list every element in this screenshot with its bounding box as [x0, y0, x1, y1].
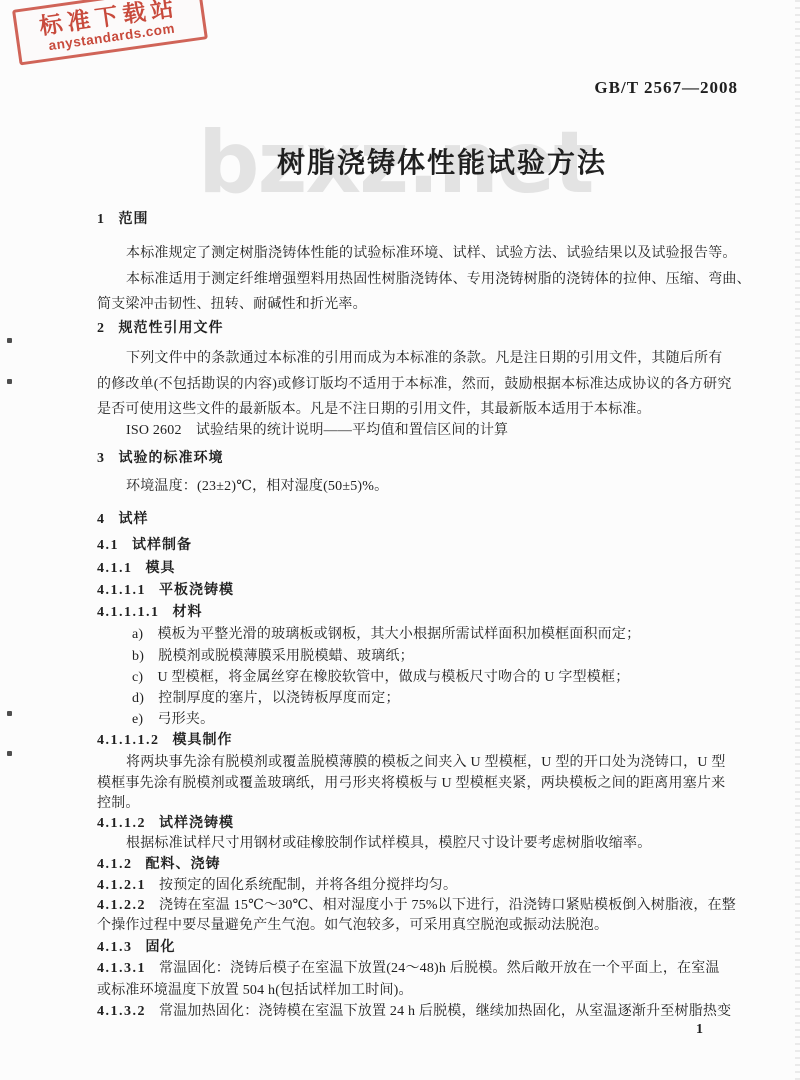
clause-4.1.2: 4.1.2配料、浇铸 — [97, 855, 221, 874]
text-line: 模框事先涂有脱模剂或覆盖玻璃纸，用弓形夹将模板与 U 型模框夹紧，两块模板之间的… — [97, 774, 725, 793]
text-line: 的修改单(不包括勘误的内容)或修订版均不适用于本标准，然而，鼓励根据本标准达成协… — [97, 375, 732, 394]
clause-4.1.3.1: 4.1.3.1常温固化：浇铸后模子在室温下放置(24～48)h 后脱模。然后敞开… — [97, 959, 720, 978]
clause-4.1.3: 4.1.3固化 — [97, 938, 176, 957]
text-line: 个操作过程中要尽量避免产生气泡。如气泡较多，可采用真空脱泡或振动法脱泡。 — [97, 916, 608, 935]
text-line: 将两块事先涂有脱模剂或覆盖脱模薄膜的模板之间夹入 U 型模框，U 型的开口处为浇… — [97, 753, 726, 772]
text-line: 是否可使用这些文件的最新版本。凡是不注日期的引用文件，其最新版本适用于本标准。 — [97, 400, 651, 419]
text-line: 或标准环境温度下放置 504 h(包括试样加工时间)。 — [97, 981, 413, 1000]
clause-4.1.3.2: 4.1.3.2常温加热固化：浇铸模在室温下放置 24 h 后脱模，继续加热固化，… — [97, 1002, 731, 1021]
site-stamp: 标准下载站 anystandards.com — [12, 0, 208, 65]
clause-4.1.2.2: 4.1.2.2浇铸在室温 15℃～30℃、相对湿度小于 75%以下进行，沿浇铸口… — [97, 896, 736, 915]
text-line: 本标准适用于测定纤维增强塑料用热固性树脂浇铸体、专用浇铸树脂的浇铸体的拉伸、压缩… — [97, 270, 751, 289]
scan-speck — [7, 338, 12, 343]
text-line: 控制。 — [97, 794, 140, 813]
text-line: 简支梁冲击韧性、扭转、耐碱性和折光率。 — [97, 295, 367, 314]
text-line: d) 控制厚度的塞片，以浇铸板厚度而定； — [97, 689, 400, 708]
scan-speck — [7, 751, 12, 756]
text-line: a) 模板为平整光滑的玻璃板或钢板，其大小根据所需试样面积加模框面积而定； — [97, 625, 640, 644]
standard-code: GB/T 2567—2008 — [594, 78, 738, 98]
clause-4.1.2.1: 4.1.2.1按预定的固化系统配制，并将各组分搅拌均匀。 — [97, 876, 457, 895]
clause-4.1.1.1.2: 4.1.1.1.2模具制作 — [97, 731, 233, 750]
document-title: 树脂浇铸体性能试验方法 — [0, 141, 800, 181]
clause-3: 3试验的标准环境 — [97, 449, 224, 468]
scan-speck — [7, 711, 12, 716]
clause-1: 1范围 — [97, 210, 149, 229]
text-line: b) 脱模剂或脱模薄膜采用脱模蜡、玻璃纸； — [97, 647, 414, 666]
text-line: 根据标准试样尺寸用钢材或硅橡胶制作试样模具，模腔尺寸设计要考虑树脂收缩率。 — [97, 834, 651, 853]
text-line: 环境温度：(23±2)℃，相对湿度(50±5)%。 — [97, 477, 388, 496]
clause-4.1.1.2: 4.1.1.2试样浇铸模 — [97, 814, 234, 833]
text-line: c) U 型模框，将金属丝穿在橡胶软管中，做成与模板尺寸吻合的 U 字型模框； — [97, 668, 629, 687]
clause-4: 4试样 — [97, 510, 149, 529]
clause-4.1.1.1.1: 4.1.1.1.1材料 — [97, 603, 203, 622]
text-line: 本标准规定了测定树脂浇铸体性能的试验标准环境、试样、试验方法、试验结果以及试验报… — [97, 244, 737, 263]
text-line: 下列文件中的条款通过本标准的引用而成为本标准的条款。凡是注日期的引用文件，其随后… — [97, 349, 722, 368]
clause-4.1.1: 4.1.1模具 — [97, 559, 176, 578]
clause-4.1: 4.1试样制备 — [97, 536, 192, 555]
page-number: 1 — [696, 1022, 703, 1038]
text-line: ISO 2602 试验结果的统计说明——平均值和置信区间的计算 — [97, 421, 508, 440]
document-page: 标准下载站 anystandards.com GB/T 2567—2008 bz… — [0, 0, 800, 1080]
clause-4.1.1.1: 4.1.1.1平板浇铸模 — [97, 581, 234, 600]
scan-speck — [7, 379, 12, 384]
clause-2: 2规范性引用文件 — [97, 319, 224, 338]
text-line: e) 弓形夹。 — [97, 710, 214, 729]
